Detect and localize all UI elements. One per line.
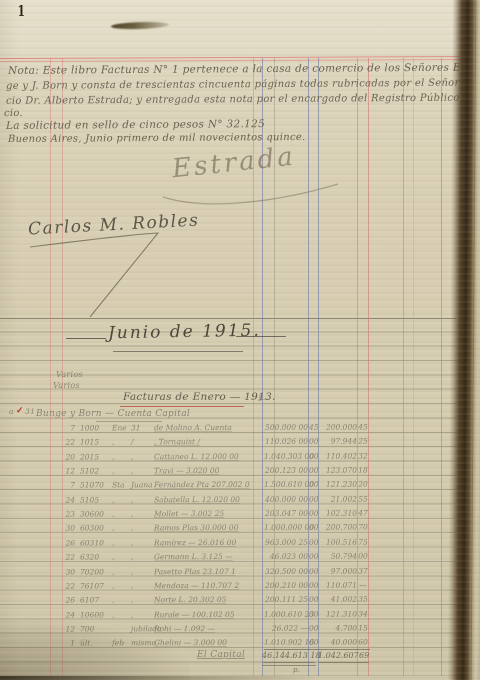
bottom-page-edge [0, 676, 320, 680]
cell-m2: , [131, 452, 152, 461]
ledger-page: 1 Nota: Este libro Facturas N° 1 pertene… [0, 0, 480, 680]
cell-day: 22 [58, 438, 75, 447]
cell-num: 5105 [80, 495, 110, 504]
account-heading-underline [96, 421, 162, 422]
ledger-row: 2410600,,Rurale — 100.102 051.000.610 23… [0, 609, 456, 625]
cell-day: 12 [58, 624, 75, 633]
heading-dash [236, 336, 286, 337]
cell-a1: 1.000.610 23 [264, 609, 308, 618]
cell-num: 6107 [80, 596, 110, 605]
ledger-row: 751070StaJuanaFernández Pta 207.002 01.5… [0, 480, 456, 496]
cell-name: Sabatella L. 12.020 00 [154, 495, 280, 504]
section-title: Facturas de Enero — 1913. [123, 391, 276, 403]
cell-a2: 97.944 [319, 437, 357, 446]
cell-m2: , [131, 595, 152, 604]
cell-c1: 00 [309, 466, 318, 475]
cell-a1: 110.026 00 [264, 437, 308, 446]
note-line: Nota: Este libro Facturas N° 1 pertenece… [8, 61, 480, 77]
cell-name: Germann L. 3.125 — [154, 552, 280, 561]
ledger-row: 202015,,Cattaneo L. 12.000 001.040.303 0… [0, 451, 456, 467]
cell-num: 70200 [80, 567, 110, 576]
cell-c1: 00 [309, 451, 318, 460]
cell-m2: , [131, 466, 152, 475]
cell-c1: 00 [309, 566, 318, 575]
cell-c1: 00 [309, 537, 318, 546]
cell-name: de Molino A. Cuenta [154, 423, 280, 432]
cell-a1: 963.000 25 [264, 538, 308, 547]
cell-num: 30600 [80, 510, 110, 519]
cell-c2: 34 [358, 609, 368, 618]
cell-a2: 97.000 [319, 566, 357, 575]
total-cents-2: 69 [359, 651, 369, 660]
cell-num: 10600 [80, 610, 110, 619]
month-heading: Junio de 1915. [108, 321, 261, 344]
total-double-underline [262, 665, 316, 666]
cell-m2: Juana [131, 481, 152, 490]
cell-c1: 00 [309, 638, 318, 647]
cell-m1: , [112, 596, 129, 605]
cell-a1: 200.123 00 [264, 466, 308, 475]
cell-num: 76107 [80, 581, 110, 590]
cell-a2: 121.310 [319, 609, 357, 618]
cell-a2: 4.700 [319, 623, 357, 632]
cell-c2: 47 [358, 509, 368, 518]
cell-name: Mendoza — 110.707 2 [154, 581, 280, 590]
cell-m1: , [112, 567, 129, 576]
cell-a2: 21.002 [319, 494, 357, 503]
cell-c2: 18 [358, 466, 368, 475]
cell-a2: 40.000 [319, 638, 357, 647]
cell-day: 22 [58, 553, 75, 562]
cell-m2: , [131, 524, 152, 533]
cell-day: 30 [58, 567, 75, 576]
varios-note: Varios [56, 370, 83, 379]
total-underline [319, 662, 369, 663]
cell-c2: 37 [358, 566, 368, 575]
cell-c2: 32 [358, 451, 368, 460]
cell-c1: 00 [309, 509, 318, 518]
cell-m2: , [131, 538, 152, 547]
cell-num: 1015 [80, 438, 110, 447]
cell-m1: , [112, 552, 129, 561]
cell-a1: 200.210 00 [264, 581, 308, 590]
note-line: ge y J. Born y consta de trescientas cin… [6, 77, 480, 92]
cell-a1: 46.023 00 [264, 552, 308, 561]
cell-m1: , [112, 466, 129, 475]
cell-num: últ. [80, 639, 110, 648]
cell-c2: — [358, 580, 368, 589]
cell-num: 60310 [80, 538, 110, 547]
cell-c2: 20 [358, 480, 368, 489]
ledger-row: 2276107,,Mendoza — 110.707 2200.210 0000… [0, 580, 456, 596]
cell-a2: 110.071 [319, 580, 357, 589]
cell-a1: 1.040.303 00 [264, 451, 308, 460]
cell-name: Fernández Pta 207.002 0 [154, 480, 280, 489]
cell-c1: 00 [309, 595, 318, 604]
cell-a2: 121.230 [319, 480, 357, 489]
cell-a2: 110.402 [319, 451, 357, 460]
total-amount-2: 1.042.607 [318, 651, 358, 660]
cell-c1: 00 [309, 581, 318, 590]
cell-name: Rurale — 100.102 05 [154, 609, 280, 618]
cell-m2: , [131, 581, 152, 590]
cell-day: 23 [58, 510, 75, 519]
cell-c1: 00 [309, 523, 318, 532]
cell-day: 22 [58, 581, 75, 590]
cell-m2: jubilada [131, 624, 152, 633]
cell-c2: 35 [358, 595, 368, 604]
cell-name: Ghelini — 3.000 00 [154, 638, 280, 647]
cell-m2: , [131, 610, 152, 619]
cell-a1: 1.500.610 00 [264, 480, 308, 489]
cell-a2: 50.794 [319, 552, 357, 561]
cell-c2: 70 [358, 523, 368, 532]
cell-name: Travi — 3.020 00 [154, 466, 280, 475]
cell-m1: , [112, 438, 129, 447]
cell-c2: 60 [358, 638, 368, 647]
cell-day: 24 [58, 610, 75, 619]
varios-note: Varios [53, 381, 80, 390]
cell-a1: 203.047 00 [264, 509, 308, 518]
clerk-signature: Carlos M. Robles [28, 211, 200, 240]
cell-a1: 500.000 00 [264, 423, 308, 432]
margin-letter: a [9, 407, 14, 416]
cell-day: 12 [58, 467, 75, 476]
cell-m1: , [112, 581, 129, 590]
cell-a2: 100.516 [319, 537, 357, 546]
cell-c2: 55 [358, 494, 368, 503]
cell-c2: 00 [358, 552, 368, 561]
ledger-row: 12700jubiladaRohi — 1.092 —26.022 —004.7… [0, 623, 456, 639]
total-amount-1: 46.144.613 18 [262, 651, 312, 660]
sum-line [264, 649, 370, 650]
cell-m2: 31 [131, 423, 152, 432]
rubric-signature: Estrada [171, 142, 297, 185]
ledger-row: 3070200,,Pasetto Plas 23.107 1320.500 00… [0, 566, 456, 582]
ledger-row: 3060300,,Ramos Plas 30.000 001.000.000 0… [0, 523, 456, 539]
note-line: cio Dr. Alberto Estrada; y entregada est… [6, 92, 480, 107]
cell-c1: 00 [309, 494, 318, 503]
cell-c1: 00 [309, 552, 318, 561]
ledger-row: 245105,,Sabatella L. 12.020 00400.000 00… [0, 494, 456, 510]
cell-m1: Sta [112, 481, 129, 490]
cell-m1: , [112, 509, 129, 518]
ledger-row: 2660310,,Ramírez — 26.016 00963.000 2500… [0, 537, 456, 553]
cell-a1: 1.010.902 16 [264, 638, 308, 647]
ledger-row: 226320,,Germann L. 3.125 —46.023 000050.… [0, 551, 456, 567]
cell-m2: , [131, 495, 152, 504]
note-line: Buenos Aires, Junio primero de mil novec… [8, 132, 306, 145]
cell-c1: 00 [309, 624, 318, 633]
cell-a2: 200.000 [319, 423, 357, 432]
cell-c2: 15 [358, 623, 368, 632]
total-double-underline [263, 662, 315, 663]
cell-m2: , [131, 552, 152, 561]
cell-a2: 41.002 [319, 595, 357, 604]
cell-name: Ramos Plas 30.000 00 [154, 523, 280, 532]
cell-a2: 200.700 [319, 523, 357, 532]
cell-num: 5102 [80, 466, 110, 475]
cell-num: 700 [80, 624, 110, 633]
cell-name: Rohi — 1.092 — [154, 624, 280, 633]
cell-day: 26 [58, 596, 75, 605]
cell-c1: 00 [309, 437, 318, 446]
cell-c1: 00 [309, 480, 318, 489]
cell-c2: 75 [358, 537, 368, 546]
heading-dash [66, 338, 106, 339]
cell-a1: 200.111 25 [264, 595, 308, 604]
cell-m2: / [131, 438, 152, 447]
cell-num: 2015 [80, 452, 110, 461]
cell-c2: 25 [358, 437, 368, 446]
side-mark: 5— [258, 395, 270, 403]
cell-num: 1000 [80, 423, 110, 432]
cell-m1: , [112, 610, 129, 619]
cell-day: 30 [58, 524, 75, 533]
footnote-mark: p. [293, 666, 300, 674]
ledger-row: 221015,/, Tornquist /110.026 000097.9442… [0, 437, 456, 453]
note-line: La solicitud en sello de cinco pesos N° … [6, 118, 265, 132]
cell-name: , Tornquist / [154, 437, 280, 446]
ledger-row: 266107,,Norte L. 20.302 05200.111 250041… [0, 594, 456, 610]
cell-num: 51070 [80, 481, 110, 490]
cell-num: 60300 [80, 524, 110, 533]
red-check-mark: ✓ [16, 406, 24, 416]
cell-a1: 320.500 00 [264, 566, 308, 575]
cell-name: Mollet — 3.002 25 [154, 509, 280, 518]
cell-day: 7 [58, 424, 75, 433]
cell-c1: 45 [309, 423, 318, 432]
account-heading: Bunge y Born — Cuenta Capital [36, 409, 190, 419]
cell-m1: , [112, 452, 129, 461]
note-line: cio. [4, 108, 23, 119]
cell-m2: , [131, 567, 152, 576]
cell-m2: mismo [131, 639, 152, 648]
cell-num: 6320 [80, 553, 110, 562]
book-page-edge [448, 0, 480, 680]
cell-c1: 00 [309, 609, 318, 618]
cell-m1: , [112, 538, 129, 547]
total-label: El Capital [197, 650, 245, 660]
cell-day: 7 [58, 481, 75, 490]
section-title-underline-red [120, 406, 244, 407]
cell-c2: 45 [358, 423, 368, 432]
ink-smudge [111, 21, 169, 30]
cell-m1: Ene [112, 423, 129, 432]
cell-name: Pasetto Plas 23.107 1 [154, 566, 280, 575]
cell-a2: 123.070 [319, 466, 357, 475]
cell-name: Cattaneo L. 12.000 00 [154, 452, 280, 461]
cell-a1: 400.000 00 [264, 494, 308, 503]
cell-m1: feb [112, 639, 129, 648]
cell-name: Ramírez — 26.016 00 [154, 538, 280, 547]
cell-m1: , [112, 524, 129, 533]
cell-m2: , [131, 509, 152, 518]
cell-day: 20 [58, 452, 75, 461]
cell-name: Norte L. 20.302 05 [154, 595, 280, 604]
cell-a2: 102.310 [319, 509, 357, 518]
cell-day: 24 [58, 495, 75, 504]
section-divider-line [0, 318, 456, 319]
cell-day: 1 [58, 639, 75, 648]
cell-day: 26 [58, 538, 75, 547]
cell-a1: 1.000.000 00 [264, 523, 308, 532]
margin-number: 31 [25, 407, 35, 416]
heading-underline [113, 351, 243, 352]
page-number: 1 [18, 2, 25, 20]
cell-m1: , [112, 495, 129, 504]
cell-a1: 26.022 — [264, 624, 308, 633]
